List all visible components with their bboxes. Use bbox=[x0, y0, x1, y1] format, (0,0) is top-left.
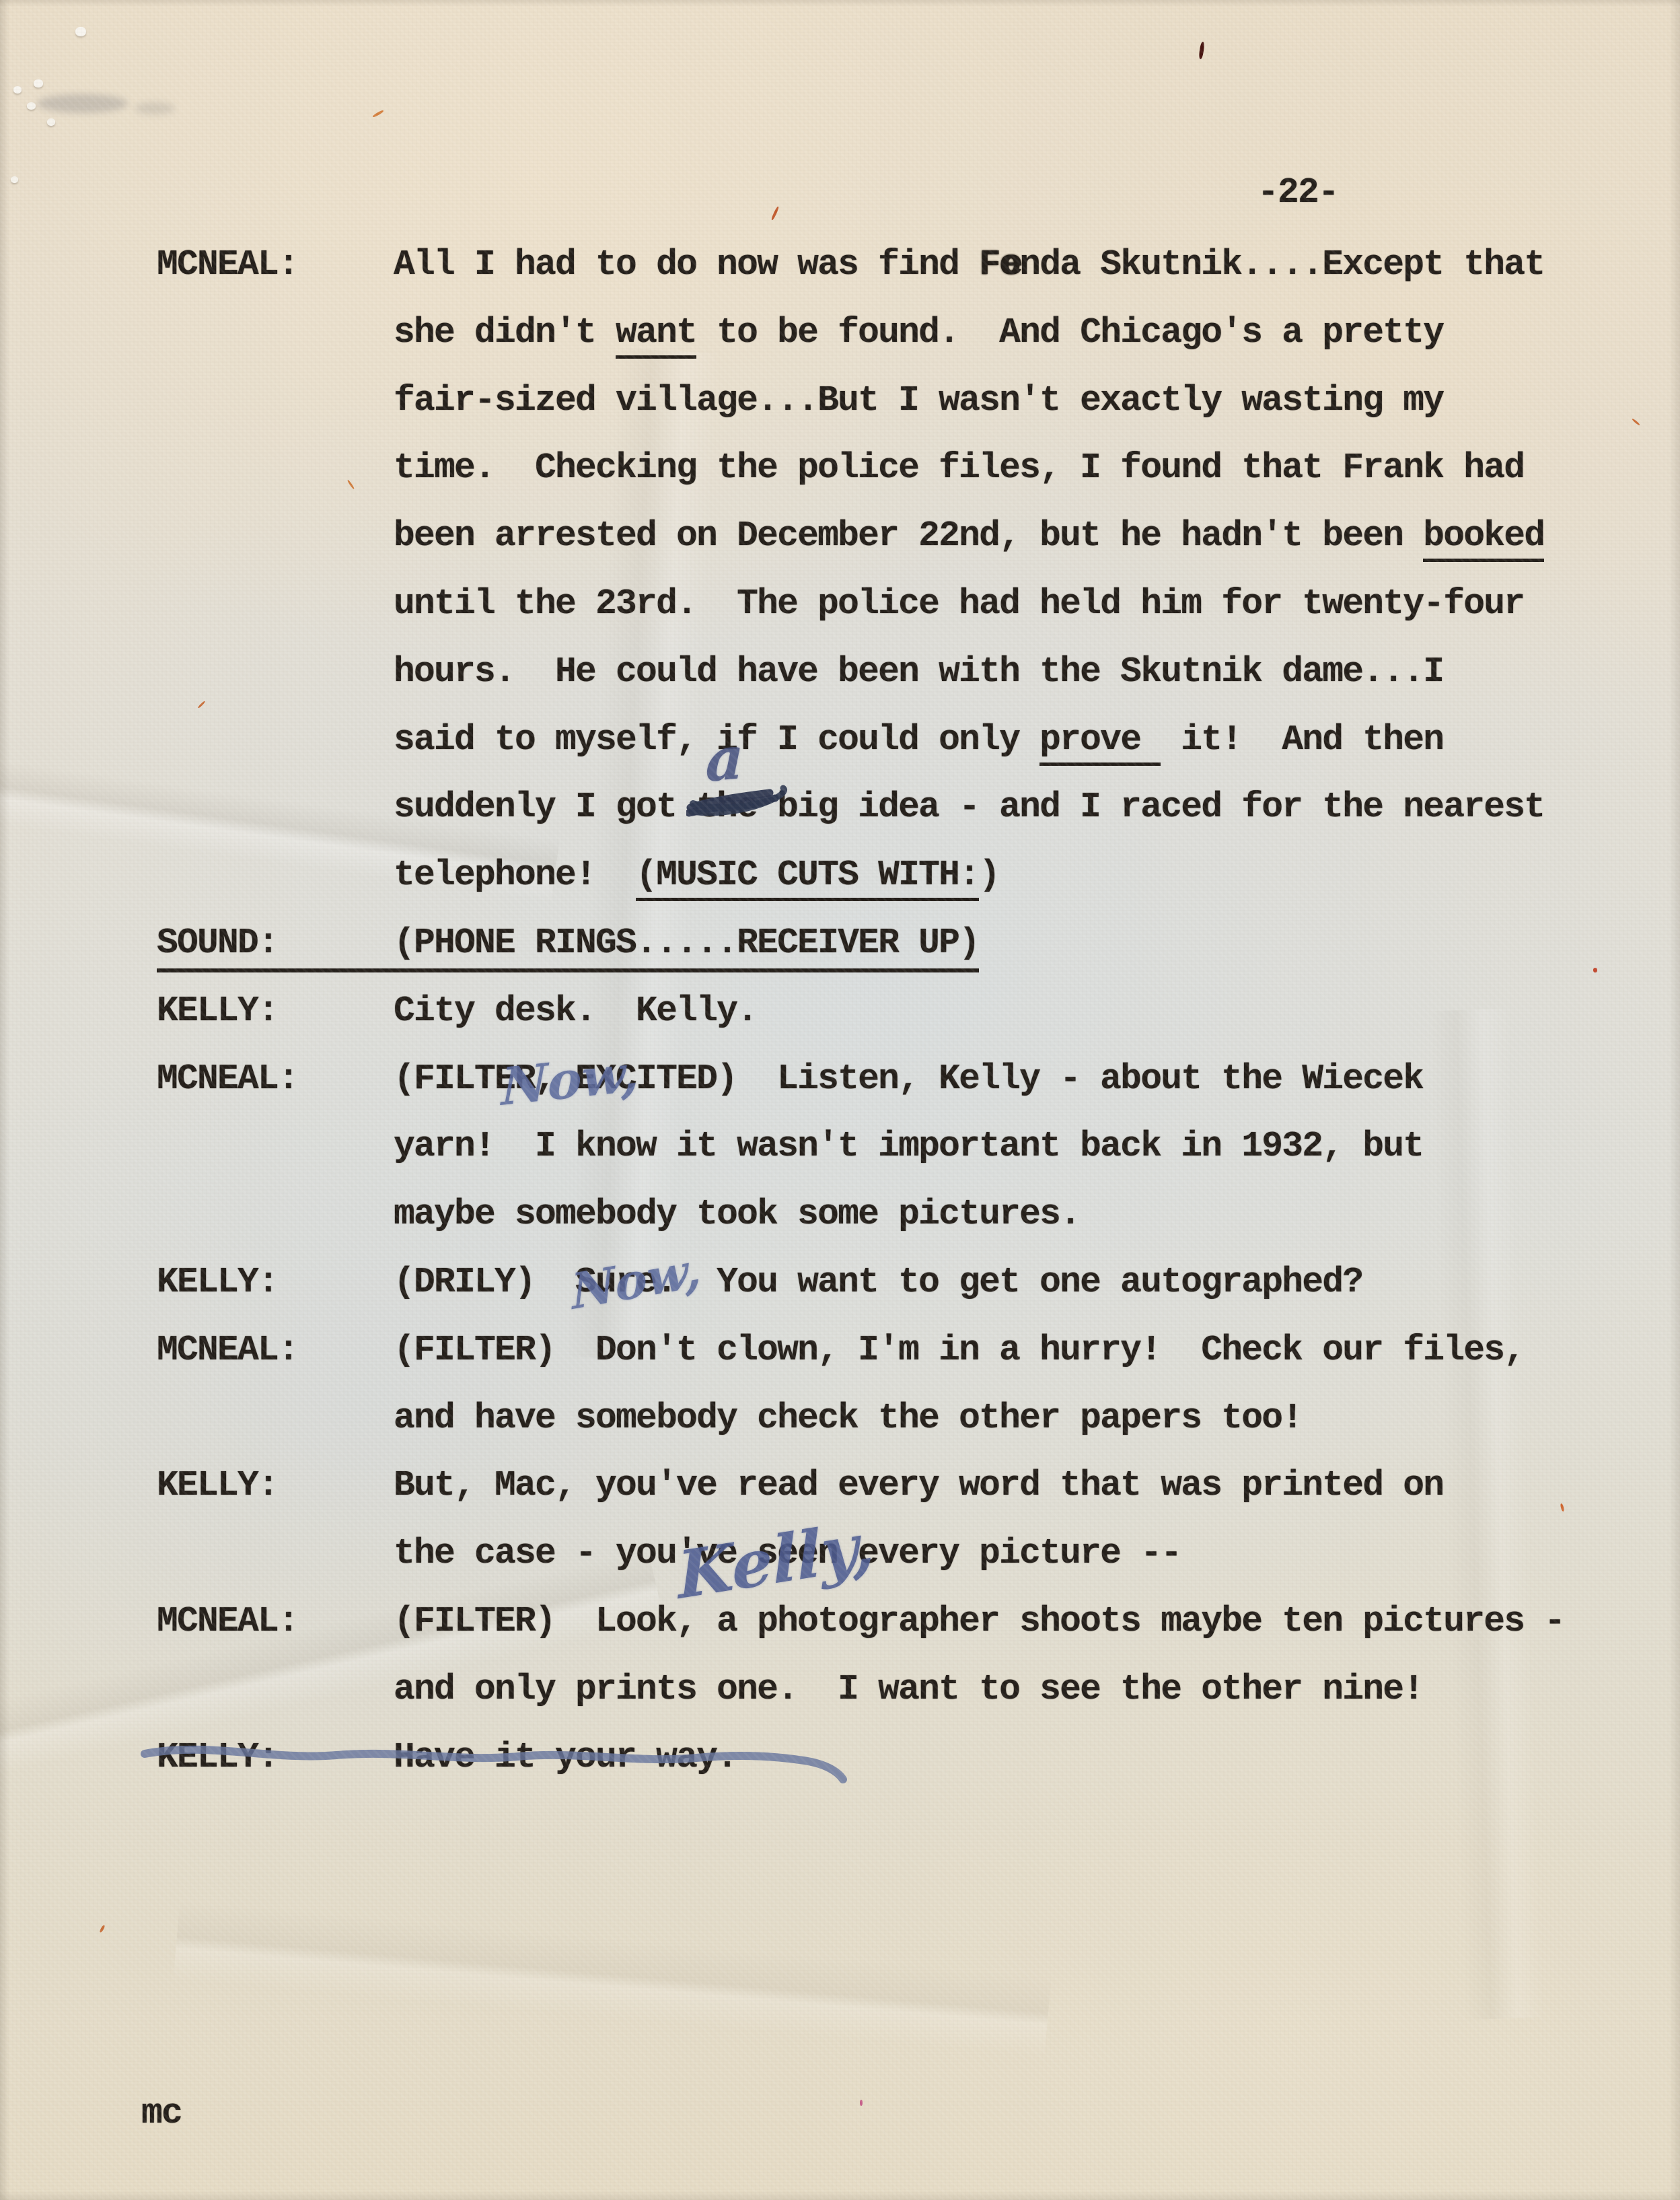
script-line: maybe somebody took some pictures. bbox=[394, 1195, 1080, 1233]
dialogue-text: (FILTER) Look, a photographer shoots may… bbox=[394, 1601, 1564, 1641]
speaker-label: MCNEAL: bbox=[157, 1060, 394, 1098]
paper-speck bbox=[372, 110, 384, 118]
script-line: MCNEAL:(FILTER, EXCITED) Listen, Kelly -… bbox=[157, 1060, 1423, 1098]
script-line: said to myself, if I could only prove it… bbox=[394, 721, 1443, 758]
dialogue-text: suddenly I got bbox=[394, 787, 696, 827]
speaker-label: MCNEAL: bbox=[157, 246, 394, 283]
dialogue-text: maybe somebody took some pictures. bbox=[394, 1194, 1080, 1234]
dialogue-text: telephone! bbox=[394, 855, 636, 895]
paper-speck bbox=[11, 176, 18, 183]
paper-speck bbox=[13, 86, 22, 94]
ink-scribble bbox=[686, 781, 789, 823]
dialogue-text: (DRILY) Sure. You want to get one autogr… bbox=[394, 1262, 1362, 1302]
script-line: SOUND:(PHONE RINGS.....RECEIVER UP) bbox=[157, 924, 979, 972]
script-line: until the 23rd. The police had held him … bbox=[394, 585, 1524, 623]
speaker-label: SOUND: bbox=[157, 924, 394, 962]
script-line: suddenly I got the big idea - and I race… bbox=[394, 788, 1544, 826]
dialogue-text: until the 23rd. The police had held him … bbox=[394, 583, 1524, 624]
dialogue-text: want bbox=[616, 312, 696, 359]
dialogue-text: and only prints one. I want to see the o… bbox=[394, 1669, 1423, 1709]
speaker-label: KELLY: bbox=[157, 1466, 394, 1504]
overstruck-character: e bbox=[1001, 246, 1021, 283]
speaker-label: KELLY: bbox=[157, 1263, 394, 1301]
paper-speck bbox=[75, 27, 86, 36]
dialogue-text: time. Checking the police files, I found… bbox=[394, 448, 1524, 488]
script-line: MCNEAL:(FILTER) Look, a photographer sho… bbox=[157, 1602, 1564, 1640]
script-line: and only prints one. I want to see the o… bbox=[394, 1670, 1423, 1708]
paper-speck bbox=[1560, 1503, 1565, 1512]
dialogue-text: nda Skutnik....Except that bbox=[1019, 244, 1544, 285]
pencil-smudge bbox=[37, 94, 128, 113]
script-line: fair-sized village...But I wasn't exactl… bbox=[394, 382, 1443, 419]
speaker-label: MCNEAL: bbox=[157, 1602, 394, 1640]
script-line: yarn! I know it wasn't important back in… bbox=[394, 1127, 1423, 1165]
paper-speck bbox=[347, 480, 355, 490]
pencil-smudge bbox=[135, 102, 175, 114]
script-line: she didn't want to be found. And Chicago… bbox=[394, 314, 1443, 351]
paper-crease bbox=[1429, 1008, 1545, 2020]
dialogue-text: it! And then bbox=[1161, 719, 1443, 760]
dialogue-text: ) bbox=[979, 855, 999, 895]
dialogue-text: (MUSIC CUTS WITH: bbox=[636, 855, 979, 901]
page-number: -22- bbox=[1257, 172, 1338, 213]
script-line: KELLY:(DRILY) Sure. You want to get one … bbox=[157, 1263, 1362, 1301]
typist-initials: mc bbox=[141, 2093, 182, 2133]
script-line: time. Checking the police files, I found… bbox=[394, 449, 1524, 487]
dialogue-text: booked bbox=[1423, 516, 1544, 562]
dialogue-text: City desk. Kelly. bbox=[394, 991, 757, 1031]
speaker-label: MCNEAL: bbox=[157, 1331, 394, 1369]
script-line: MCNEAL:(FILTER) Don't clown, I'm in a hu… bbox=[157, 1331, 1524, 1369]
dialogue-text: to be found. And Chicago's a pretty bbox=[696, 312, 1443, 353]
dialogue-text: hours. He could have been with the Skutn… bbox=[394, 651, 1443, 692]
paper-speck bbox=[197, 701, 205, 709]
dialogue-text: fair-sized village...But I wasn't exactl… bbox=[394, 380, 1443, 421]
script-line: and have somebody check the other papers… bbox=[394, 1399, 1302, 1437]
dialogue-text: big idea - and I raced for the nearest bbox=[757, 787, 1544, 827]
dialogue-text: All I had to do now was find bbox=[394, 244, 979, 285]
handwritten-annotation: Now, bbox=[501, 1047, 639, 1113]
paper-speck bbox=[34, 79, 43, 87]
script-line: KELLY:City desk. Kelly. bbox=[157, 992, 757, 1030]
paper-speck bbox=[1632, 418, 1640, 425]
paper-speck bbox=[1198, 42, 1205, 60]
sound-cue-underline: SOUND:(PHONE RINGS.....RECEIVER UP) bbox=[157, 924, 979, 972]
paper-speck bbox=[99, 1925, 105, 1933]
dialogue-text: (FILTER) Don't clown, I'm in a hurry! Ch… bbox=[394, 1330, 1524, 1370]
paper-speck bbox=[47, 118, 55, 126]
dialogue-text: yarn! I know it wasn't important back in… bbox=[394, 1126, 1423, 1166]
dialogue-text: (PHONE RINGS.....RECEIVER UP) bbox=[394, 923, 979, 963]
dialogue-text: oe bbox=[999, 244, 1019, 285]
paper-speck bbox=[860, 2100, 863, 2106]
handwritten-annotation: Now, bbox=[570, 1245, 702, 1316]
dialogue-text: But, Mac, you've read every word that wa… bbox=[394, 1465, 1443, 1505]
script-line: telephone! (MUSIC CUTS WITH:) bbox=[394, 856, 999, 894]
script-line: KELLY:But, Mac, you've read every word t… bbox=[157, 1466, 1443, 1504]
paper-crease bbox=[173, 1901, 1052, 2057]
dialogue-text: prove bbox=[1039, 719, 1161, 766]
dialogue-text: F bbox=[979, 244, 999, 285]
dialogue-text: and have somebody check the other papers… bbox=[394, 1398, 1302, 1438]
script-line: been arrested on December 22nd, but he h… bbox=[394, 517, 1544, 555]
speaker-label: KELLY: bbox=[157, 992, 394, 1030]
dialogue-text: she didn't bbox=[394, 312, 616, 353]
dialogue-text: been arrested on December 22nd, but he h… bbox=[394, 516, 1423, 556]
paper-speck bbox=[27, 102, 36, 110]
paper-speck bbox=[771, 206, 780, 221]
script-line: hours. He could have been with the Skutn… bbox=[394, 653, 1443, 690]
paper-speck bbox=[1593, 968, 1597, 972]
scanned-script-page: -22- MCNEAL:All I had to do now was find… bbox=[0, 0, 1680, 2200]
script-line: MCNEAL:All I had to do now was find Foen… bbox=[157, 246, 1544, 283]
strikethrough-mark bbox=[138, 1728, 851, 1791]
handwritten-annotation: Kelly, bbox=[676, 1512, 876, 1608]
